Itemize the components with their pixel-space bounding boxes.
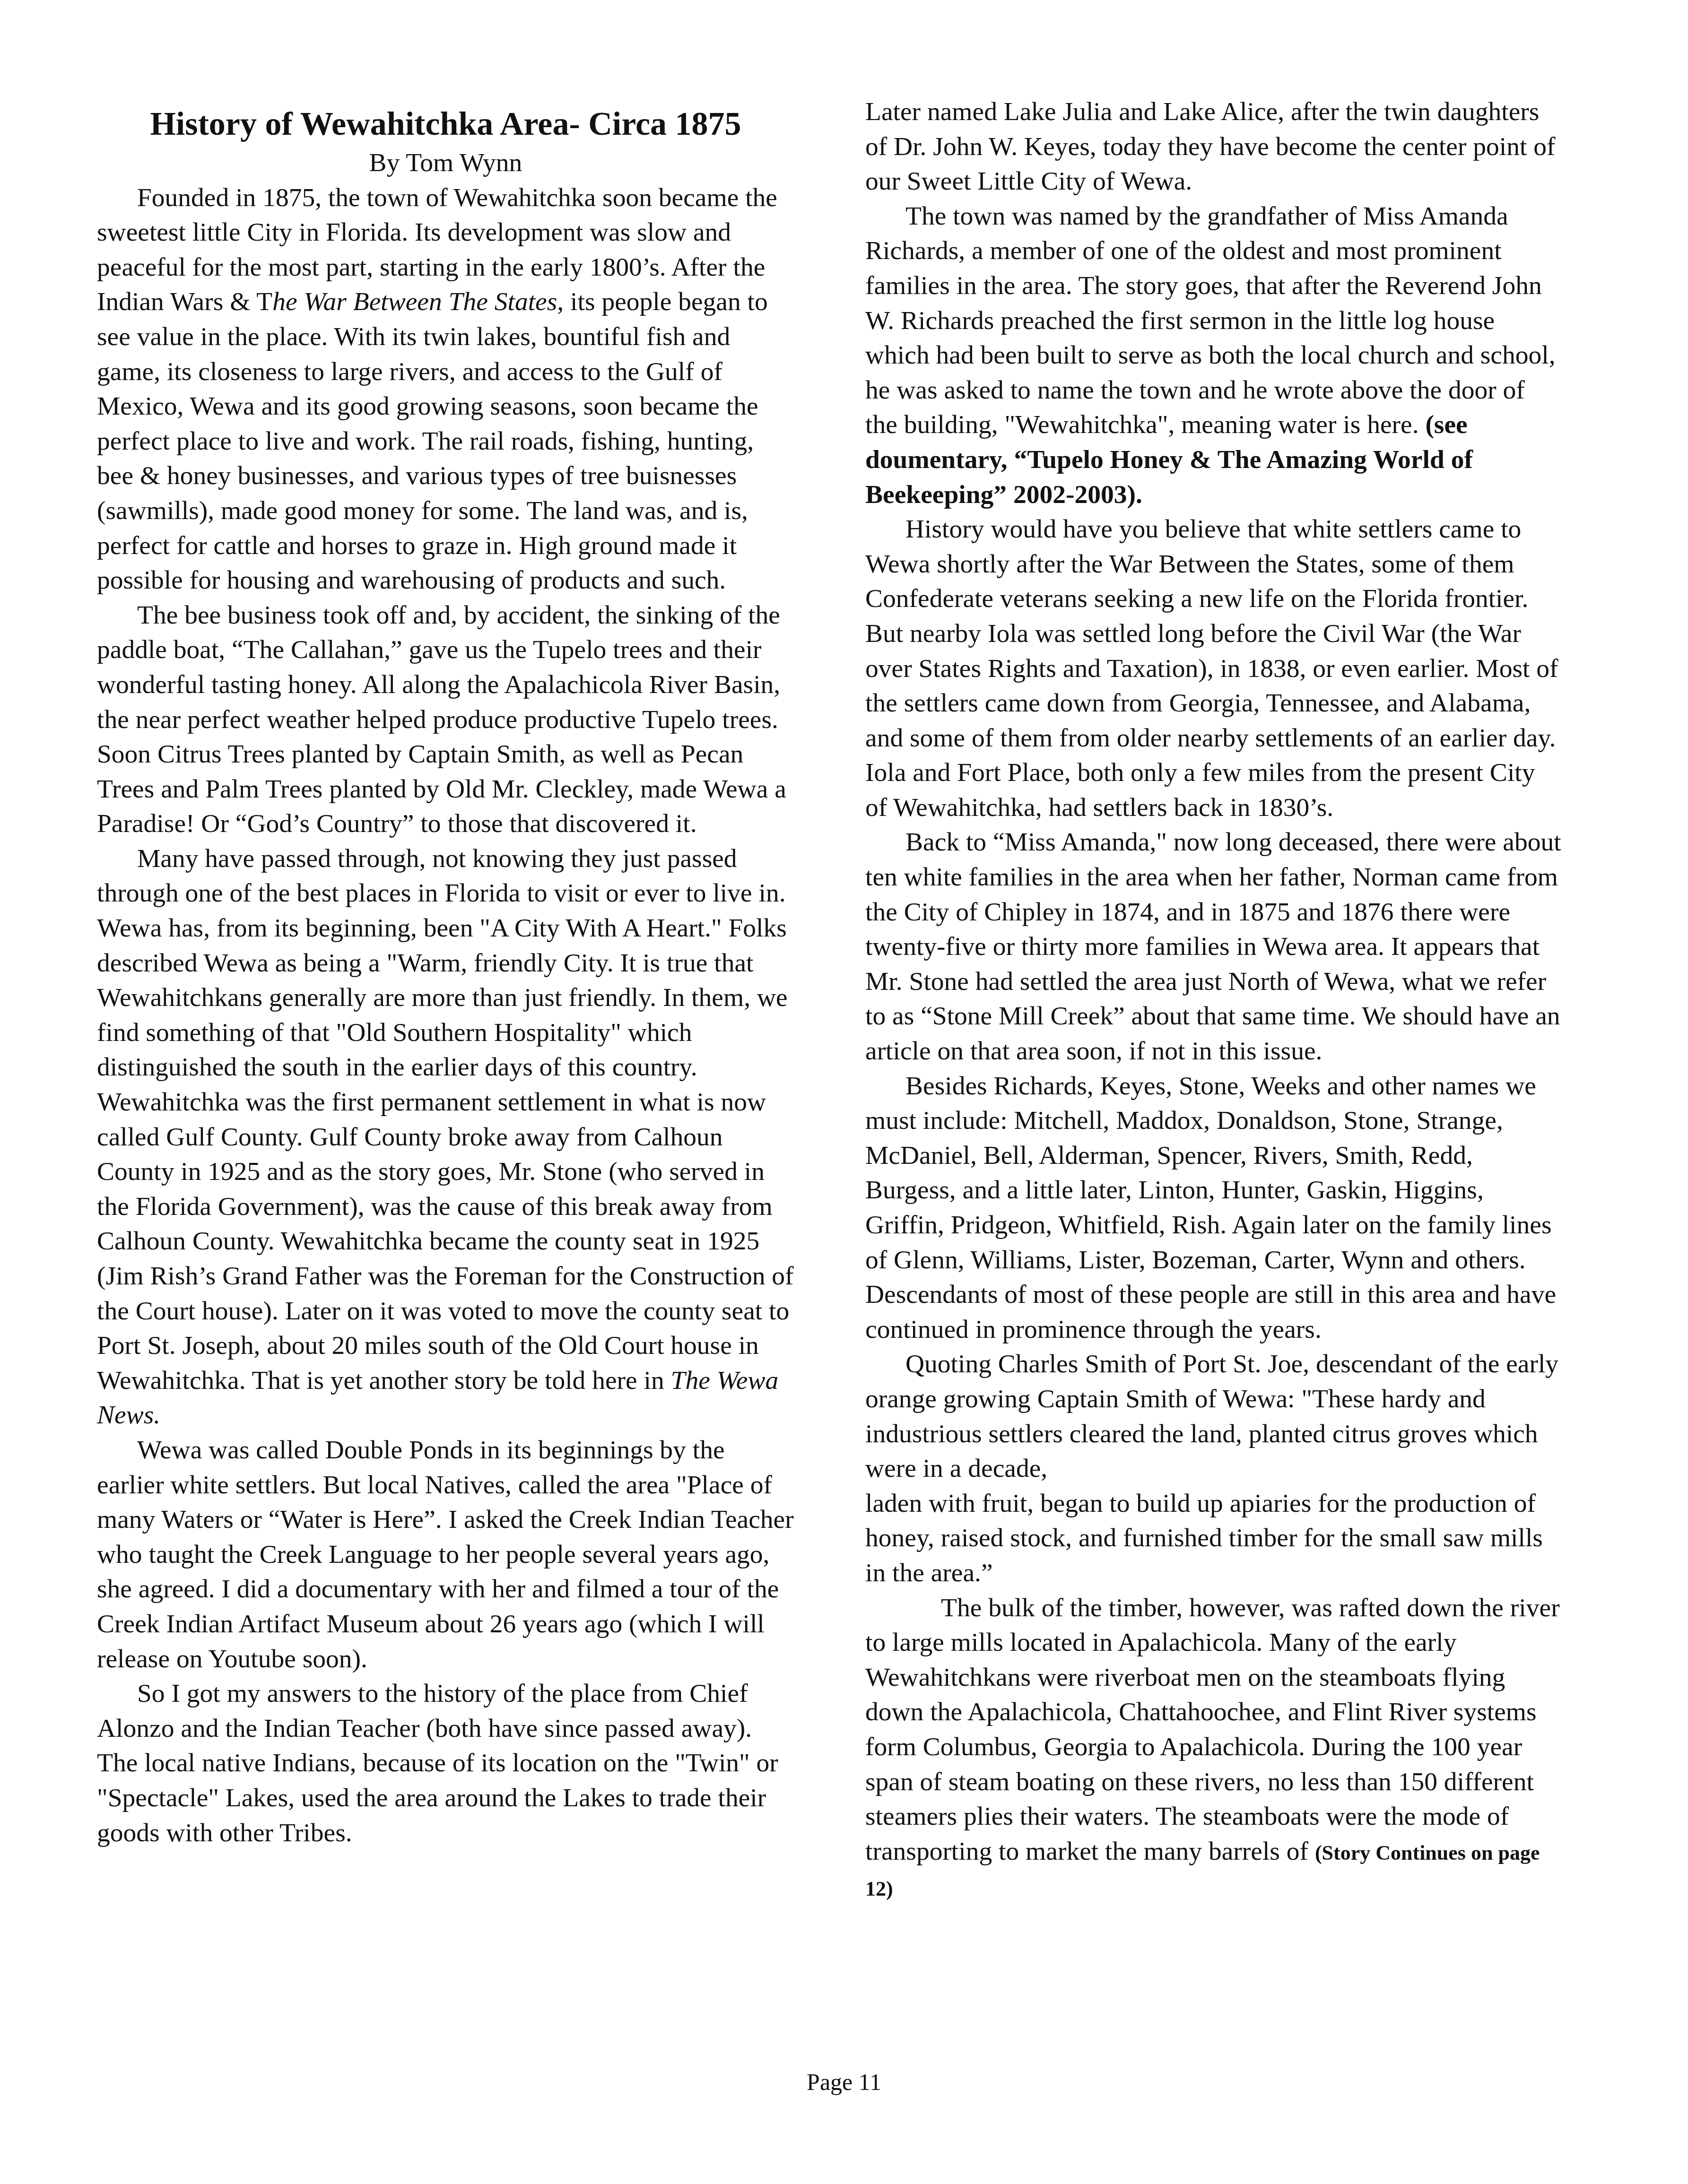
paragraph-charles-smith-quote: Quoting Charles Smith of Port St. Joe, d…	[865, 1347, 1563, 1486]
paragraph-answers: So I got my answers to the history of th…	[97, 1676, 794, 1850]
paragraph-town-naming: The town was named by the grandfather of…	[865, 199, 1563, 512]
paragraph-founding: Founded in 1875, the town of Wewahitchka…	[97, 181, 794, 598]
paragraph-bee-business: The bee business took off and, by accide…	[97, 598, 794, 841]
article-byline: By Tom Wynn	[97, 146, 794, 181]
paragraph-city-with-heart: Many have passed through, not knowing th…	[97, 841, 794, 1433]
paragraph-timber: The bulk of the timber, however, was raf…	[865, 1591, 1563, 1907]
right-column: Later named Lake Julia and Lake Alice, a…	[865, 95, 1563, 1907]
newsletter-page: History of Wewahitchka Area- Circa 1875 …	[97, 95, 1563, 2104]
paragraph-double-ponds: Wewa was called Double Ponds in its begi…	[97, 1433, 794, 1676]
paragraph-answers-continued: Later named Lake Julia and Lake Alice, a…	[865, 95, 1563, 199]
paragraph-quote-continued: laden with fruit, began to build up apia…	[865, 1486, 1563, 1591]
paragraph-miss-amanda: Back to “Miss Amanda," now long deceased…	[865, 825, 1563, 1068]
left-column: History of Wewahitchka Area- Circa 1875 …	[97, 95, 794, 1850]
article-title: History of Wewahitchka Area- Circa 1875	[97, 103, 794, 146]
paragraph-family-names: Besides Richards, Keyes, Stone, Weeks an…	[865, 1069, 1563, 1347]
italic-text: he War Between The States	[272, 287, 557, 316]
page-number: Page 11	[0, 2068, 1688, 2096]
paragraph-settlers: History would have you believe that whit…	[865, 512, 1563, 825]
